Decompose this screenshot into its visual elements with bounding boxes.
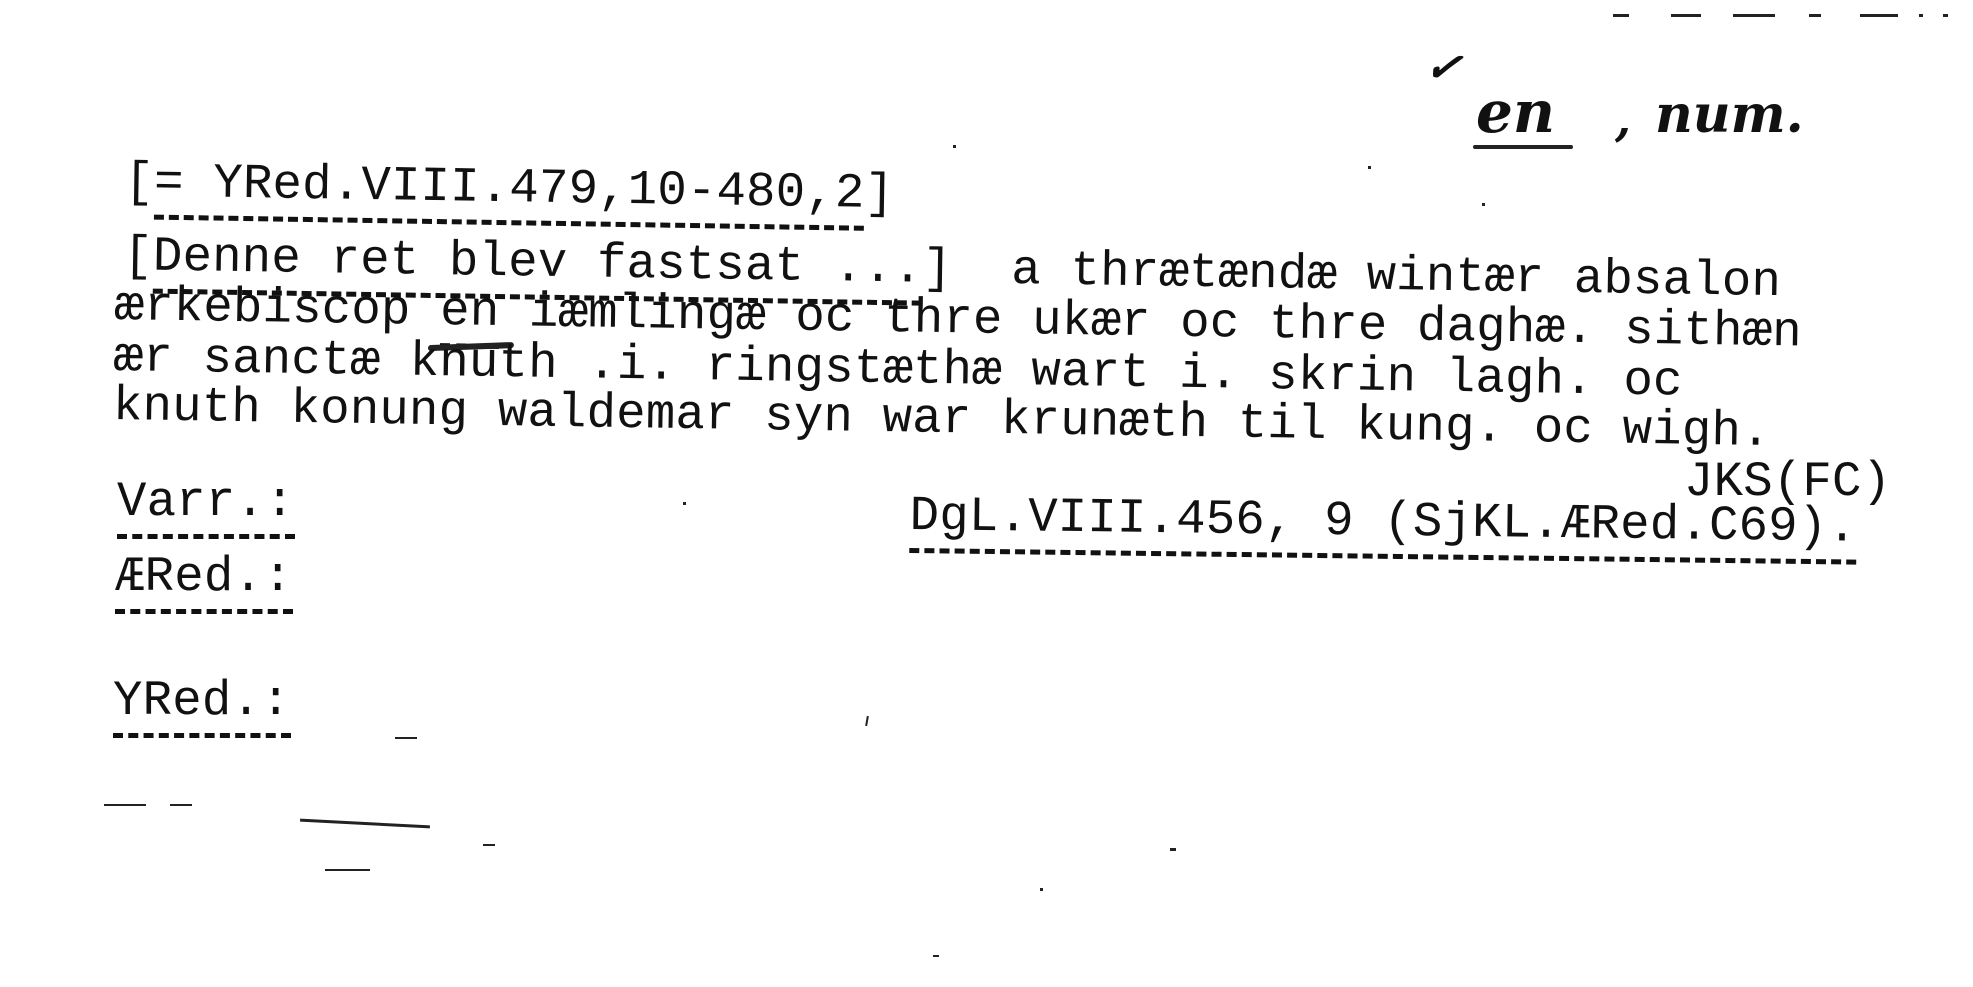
field-label-yred: YRed.: <box>113 677 291 726</box>
scan-mark <box>1809 14 1821 17</box>
scan-mark <box>1943 14 1948 17</box>
speck <box>104 804 146 806</box>
handwritten-underline <box>1473 145 1573 149</box>
speck <box>1368 166 1371 169</box>
marked-word-text: en <box>440 283 500 340</box>
speck <box>953 145 956 148</box>
bracket-close: ] <box>864 166 894 222</box>
field-value-varr: DgL.VIII.456, 9 (SjKL.ÆRed.C69). <box>909 492 1857 553</box>
field-label-aered: ÆRed.: <box>115 553 293 602</box>
label-text: ÆRed.: <box>115 549 293 614</box>
speck <box>1482 203 1485 206</box>
handwritten-word-num: num. <box>1655 84 1804 145</box>
speck <box>933 955 939 957</box>
scan-mark <box>1860 14 1898 17</box>
index-card: ✓ en , num. [= YRed.VIII.479,10-480,2] [… <box>0 0 1973 987</box>
reference-line: [= YRed.VIII.479,10-480,2] <box>124 158 894 219</box>
scan-mark <box>1733 14 1775 17</box>
speck <box>683 502 686 505</box>
handwritten-word-en: en <box>1476 78 1555 146</box>
smudge <box>300 819 430 829</box>
speck <box>395 737 417 739</box>
bracket-close: ] <box>922 241 952 297</box>
check-mark-icon: ✓ <box>1422 40 1466 96</box>
label-text: YRed.: <box>113 673 291 738</box>
speck <box>170 804 192 806</box>
label-text: Varr.: <box>117 474 295 539</box>
speck <box>1170 848 1176 851</box>
bracket-open: [ <box>124 154 154 210</box>
scan-mark <box>1919 14 1923 17</box>
speck <box>865 716 869 726</box>
scan-mark <box>1671 14 1701 17</box>
handwritten-comma: , <box>1615 92 1631 146</box>
speck <box>1040 888 1043 891</box>
scan-mark <box>1613 14 1629 17</box>
value-text: DgL.VIII.456, 9 (SjKL.ÆRed.C69). <box>909 488 1857 565</box>
speck <box>325 869 370 871</box>
field-label-varr: Varr.: <box>117 478 295 527</box>
speck <box>483 844 495 846</box>
bracket-open: [ <box>123 228 153 284</box>
reference-citation: = YRed.VIII.479,10-480,2 <box>154 155 865 231</box>
